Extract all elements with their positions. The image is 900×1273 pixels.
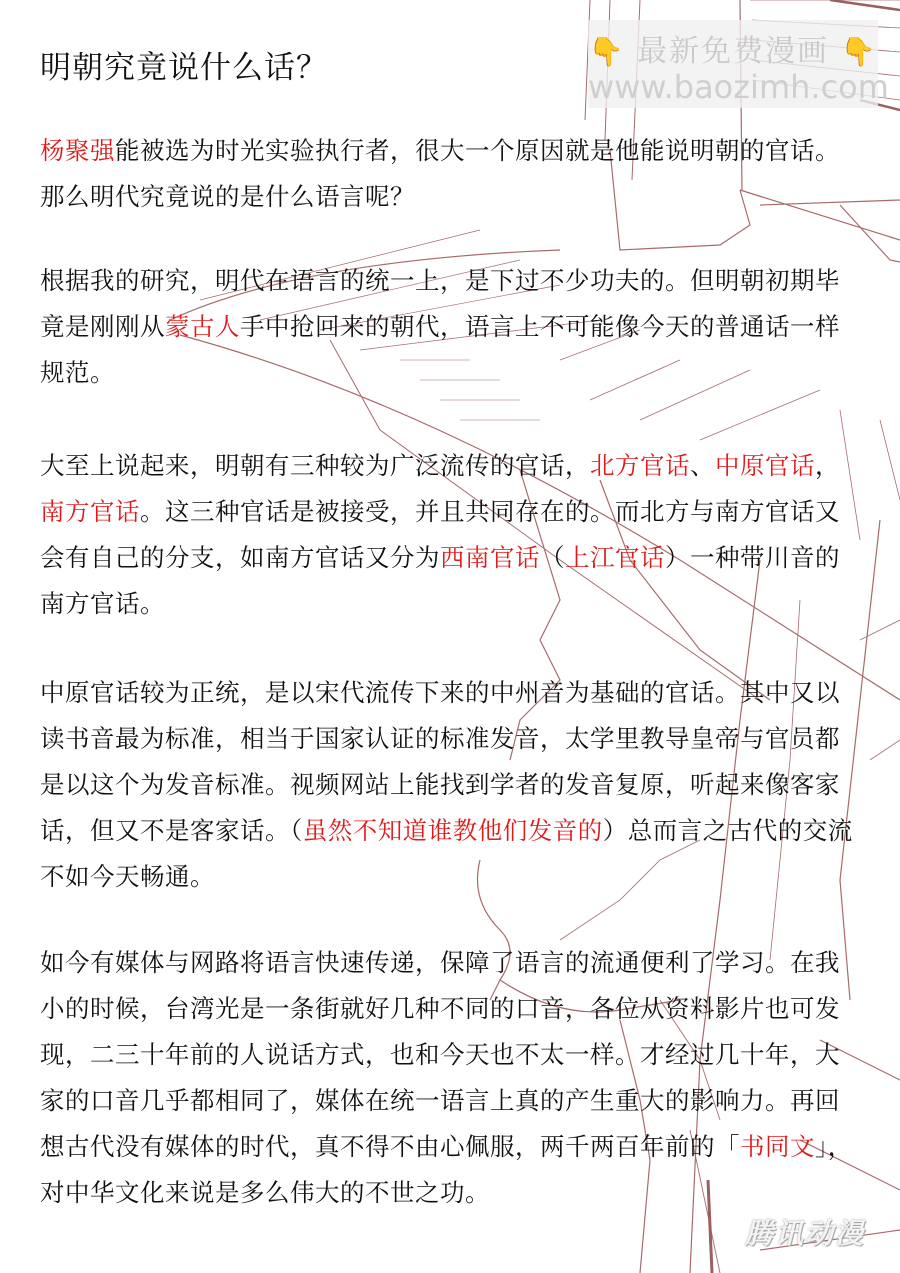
highlight-term: 北方官话 — [590, 451, 690, 480]
highlight-term: 南方官话 — [40, 497, 140, 526]
paragraph-4: 中原官话较为正统，是以宋代流传下来的中州音为基础的官话。其中又以读书音最为标准，… — [40, 670, 860, 900]
paragraph-text: 大至上说起来，明朝有三种较为广泛流传的官话， — [40, 451, 590, 480]
page-title: 明朝究竟说什么话？ — [40, 42, 328, 87]
highlight-name: 杨聚强 — [40, 136, 115, 165]
paragraph-1: 杨聚强能被选为时光实验执行者，很大一个原因就是他能说明朝的官话。那么明代究竟说的… — [40, 128, 860, 220]
watermark-url: www.baozimh.com — [588, 68, 878, 106]
site-watermark: 👇 最新免费漫画 👇 www.baozimh.com — [588, 20, 878, 108]
highlight-aside: 虽然不知道谁教他们发音的 — [303, 816, 603, 845]
paragraph-5: 如今有媒体与网路将语言快速传递，保障了语言的流通便利了学习。在我小的时候，台湾光… — [40, 940, 860, 1216]
highlight-term: 西南官话 — [440, 543, 540, 572]
publisher-logo: 腾讯动漫 — [745, 1212, 880, 1252]
paragraph-text: 如今有媒体与网路将语言快速传递，保障了语言的流通便利了学习。在我小的时候，台湾光… — [40, 948, 840, 1161]
highlight-term: 蒙古人 — [165, 312, 240, 341]
pointing-down-hand-icon: 👇 — [589, 35, 626, 68]
watermark-title: 👇 最新免费漫画 👇 — [588, 26, 878, 70]
paragraph-text: 、 — [690, 451, 715, 480]
highlight-term: 书同文 — [740, 1132, 815, 1161]
paragraph-text: ， — [815, 451, 840, 480]
highlight-term: 中原官话 — [715, 451, 815, 480]
pointing-down-hand-icon: 👇 — [841, 35, 878, 68]
paragraph-3: 大至上说起来，明朝有三种较为广泛流传的官话，北方官话、中原官话，南方官话。这三种… — [40, 443, 860, 627]
paragraph-text: （ — [540, 543, 565, 572]
paragraph-2: 根据我的研究，明代在语言的统一上，是下过不少功夫的。但明朝初期毕竟是刚刚从蒙古人… — [40, 258, 860, 396]
highlight-term: 上江官话 — [565, 543, 665, 572]
paragraph-text: 能被选为时光实验执行者，很大一个原因就是他能说明朝的官话。那么明代究竟说的是什么… — [40, 136, 840, 211]
